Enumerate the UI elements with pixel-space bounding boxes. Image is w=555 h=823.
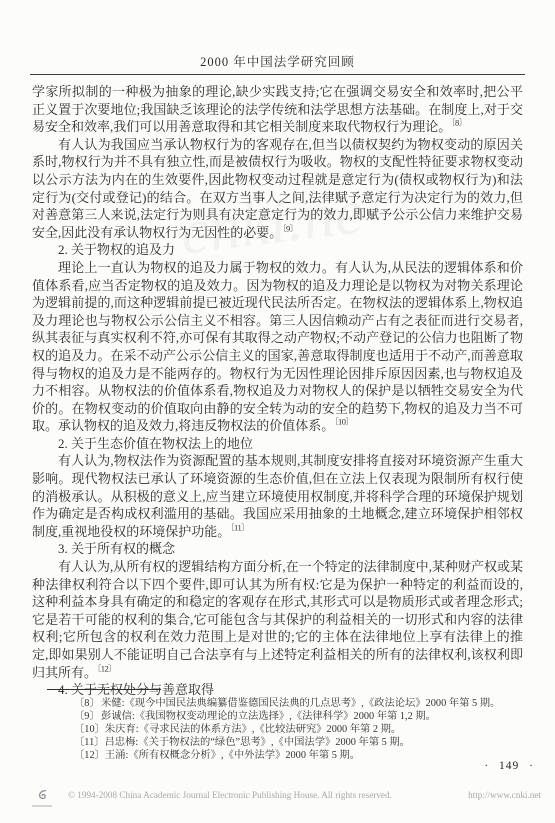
footnote-row: 〔9〕 彭诚信:《我国物权变动理论的立法选择》,《法律科学》2000 年第 1,… xyxy=(74,710,527,723)
footnote-ref: 〔10〕 xyxy=(334,417,353,427)
paragraph: 有人认为我国应当承认物权行为的客观存在,但当以债权契约为物权变动的原因关系时,物… xyxy=(32,136,523,242)
footnote-text: 米健:《现今中国民法典编纂借鉴德国民法典的几点思考》,《政法论坛》2000 年第… xyxy=(101,697,527,710)
footnote-marker: 〔11〕 xyxy=(74,736,105,749)
section-heading: 2. 关于生态价值在物权法上的地位 xyxy=(32,435,523,453)
footnote-marker: 〔9〕 xyxy=(74,710,101,723)
paragraph: 理论上一直认为物权的追及力属于物权的效力。有人认为,从民法的逻辑体系和价值体系看… xyxy=(32,259,523,435)
paragraph-text: 理论上一直认为物权的追及力属于物权的效力。有人认为,从民法的逻辑体系和价值体系看… xyxy=(32,260,523,433)
article-body: 学家所拟制的一种极为抽象的理论,缺少实践支持;它在强调交易安全和效率时,把公平正… xyxy=(32,83,523,699)
logo-caption-bar xyxy=(32,805,52,807)
section-heading: 3. 关于所有权的概念 xyxy=(32,540,523,558)
footer-url: http://www.cnki.net xyxy=(468,790,541,801)
paragraph: 学家所拟制的一种极为抽象的理论,缺少实践支持;它在强调交易安全和效率时,把公平正… xyxy=(32,83,523,136)
footnote-ref: 〔8〕 xyxy=(451,118,467,128)
footnote-text: 朱庆育:《寻求民法的体系方法》,《比较法研究》2000 年第 2 期。 xyxy=(105,723,527,736)
section-heading: 2. 关于物权的追及力 xyxy=(32,241,523,259)
paragraph-text: 学家所拟制的一种极为抽象的理论,缺少实践支持;它在强调交易安全和效率时,把公平正… xyxy=(32,84,523,134)
journal-page: 2000 年中国法学研究回顾 cnki.ne 学家所拟制的一种极为抽象的理论,缺… xyxy=(0,0,555,823)
footnote-row: 〔10〕 朱庆育:《寻求民法的体系方法》,《比较法研究》2000 年第 2 期。 xyxy=(74,723,527,736)
footnote-text: 吕忠梅:《关于物权法的“绿色”思考》,《中国法学》2000 年第 5 期。 xyxy=(105,736,527,749)
footnote-ref: 〔11〕 xyxy=(230,523,249,533)
copyright-text: © 1994-2008 China Academic Journal Elect… xyxy=(68,790,392,801)
footnote-marker: 〔12〕 xyxy=(74,749,105,762)
footnote-text: 彭诚信:《我国物权变动理论的立法选择》,《法律科学》2000 年第 1,2 期。 xyxy=(101,710,527,723)
cnki-logo-icon xyxy=(30,788,54,807)
footnote-row: 〔12〕 王涌:《所有权概念分析》,《中外法学》2000 年第 5 期。 xyxy=(74,749,527,762)
footnote-row: 〔8〕 米健:《现今中国民法典编纂借鉴德国民法典的几点思考》,《政法论坛》200… xyxy=(74,697,527,710)
footnote-ref: 〔9〕 xyxy=(282,223,298,233)
footnote-text: 王涌:《所有权概念分析》,《中外法学》2000 年第 5 期。 xyxy=(105,749,527,762)
footnote-separator xyxy=(47,689,161,690)
paragraph: 有人认为,从所有权的逻辑结构方面分析,在一个特定的法律制度中,某种财产权或某种法… xyxy=(32,558,523,681)
footer-bar: © 1994-2008 China Academic Journal Elect… xyxy=(30,786,541,807)
footnote-marker: 〔8〕 xyxy=(74,697,101,710)
page-header-title: 2000 年中国法学研究回顾 xyxy=(0,52,555,70)
header-rule xyxy=(30,74,525,75)
footnote-ref: 〔12〕 xyxy=(97,663,116,673)
footnote-marker: 〔10〕 xyxy=(74,723,105,736)
footnote-row: 〔11〕 吕忠梅:《关于物权法的“绿色”思考》,《中国法学》2000 年第 5 … xyxy=(74,736,527,749)
paragraph-text: 有人认为我国应当承认物权行为的客观存在,但当以债权契约为物权变动的原因关系时,物… xyxy=(32,137,523,240)
page-number: · 149 · xyxy=(484,760,534,772)
footnote-list: 〔8〕 米健:《现今中国民法典编纂借鉴德国民法典的几点思考》,《政法论坛》200… xyxy=(74,697,527,762)
paragraph: 有人认为,物权法作为资源配置的基本规则,其制度安排将直接对环境资源产生重大影响。… xyxy=(32,452,523,540)
paragraph-text: 有人认为,从所有权的逻辑结构方面分析,在一个特定的法律制度中,某种财产权或某种法… xyxy=(32,559,523,680)
paragraph-text: 有人认为,物权法作为资源配置的基本规则,其制度安排将直接对环境资源产生重大影响。… xyxy=(32,453,523,538)
